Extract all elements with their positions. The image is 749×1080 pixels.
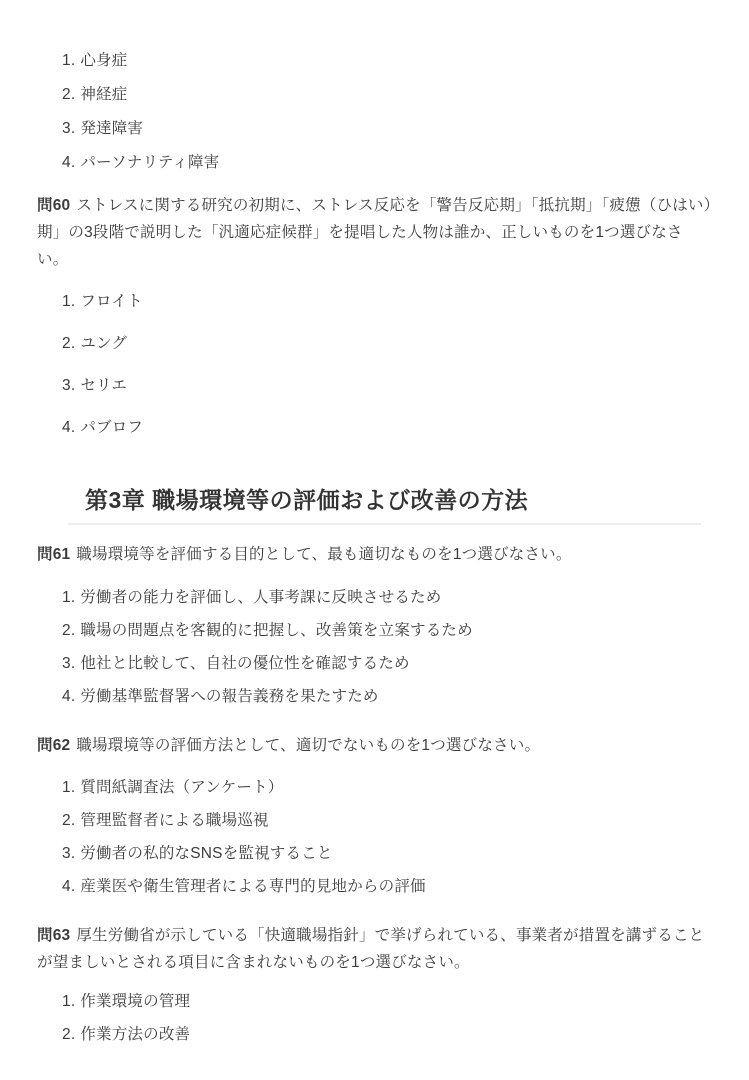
option-number: 4. <box>62 878 75 895</box>
chapter-heading: 第3章 職場環境等の評価および改善の方法 <box>68 485 701 525</box>
option-item: 2.職場の問題点を客観的に把握し、改善策を立案するため <box>62 620 712 642</box>
option-text: フロイト <box>80 293 142 310</box>
option-number: 3. <box>62 845 75 862</box>
option-item: 1.心身症 <box>62 50 712 72</box>
question-63-text: 問63厚生労働省が示している「快適職場指針」で挙げられている、事業者が措置を講ず… <box>37 922 712 976</box>
option-number: 3. <box>62 377 75 394</box>
option-text: 作業方法の改善 <box>80 1026 190 1043</box>
question-60-label: 問60 <box>37 197 70 214</box>
question-62-label: 問62 <box>37 737 70 754</box>
option-item: 1.労働者の能力を評価し、人事考課に反映させるため <box>62 587 712 609</box>
option-text: 労働基準監督署への報告義務を果たすため <box>80 688 378 705</box>
question-61-text: 問61職場環境等を評価する目的として、最も適切なものを1つ選びなさい。 <box>37 541 712 568</box>
question-62-options-list: 1.質問紙調査法（アンケート） 2.管理監督者による職場巡視 3.労働者の私的な… <box>37 777 712 898</box>
option-text: 他社と比較して、自社の優位性を確認するため <box>80 655 409 672</box>
option-text: 労働者の私的なSNSを監視すること <box>80 845 332 862</box>
option-item: 3.発達障害 <box>62 118 712 140</box>
option-number: 2. <box>62 86 75 103</box>
option-text: 産業医や衛生管理者による専門的見地からの評価 <box>80 878 425 895</box>
option-number: 4. <box>62 419 75 436</box>
option-number: 1. <box>62 779 75 796</box>
option-text: 労働者の能力を評価し、人事考課に反映させるため <box>80 589 441 606</box>
option-item: 4.産業医や衛生管理者による専門的見地からの評価 <box>62 876 712 898</box>
option-number: 2. <box>62 335 75 352</box>
option-number: 1. <box>62 993 75 1010</box>
option-text: 質問紙調査法（アンケート） <box>80 779 283 796</box>
option-text: パブロフ <box>80 419 143 436</box>
option-item: 2.ユング <box>62 333 712 355</box>
option-number: 2. <box>62 812 75 829</box>
option-item: 4.パーソナリティ障害 <box>62 152 712 174</box>
option-item: 2.神経症 <box>62 84 712 106</box>
question-61-body: 職場環境等を評価する目的として、最も適切なものを1つ選びなさい。 <box>76 546 571 563</box>
option-text: ユング <box>80 335 127 352</box>
option-number: 2. <box>62 622 75 639</box>
option-text: 心身症 <box>80 52 127 69</box>
option-text: セリエ <box>80 377 127 394</box>
option-item: 3.他社と比較して、自社の優位性を確認するため <box>62 653 712 675</box>
option-number: 4. <box>62 688 75 705</box>
option-item: 3.労働者の私的なSNSを監視すること <box>62 843 712 865</box>
question-62-text: 問62職場環境等の評価方法として、適切でないものを1つ選びなさい。 <box>37 732 712 759</box>
question-60-options-list: 1.フロイト 2.ユング 3.セリエ 4.パブロフ <box>37 291 712 439</box>
option-number: 1. <box>62 293 75 310</box>
question-63-label: 問63 <box>37 927 70 944</box>
option-text: パーソナリティ障害 <box>80 154 219 171</box>
option-number: 1. <box>62 589 75 606</box>
option-number: 2. <box>62 1026 75 1043</box>
question-63-body: 厚生労働省が示している「快適職場指針」で挙げられている、事業者が措置を講ずること… <box>37 927 704 971</box>
option-number: 3. <box>62 120 75 137</box>
option-item: 1.フロイト <box>62 291 712 313</box>
option-item: 2.作業方法の改善 <box>62 1024 712 1046</box>
question-60-body: ストレスに関する研究の初期に、ストレス反応を「警告反応期」「抵抗期」「疲憊（ひは… <box>37 197 712 268</box>
option-text: 発達障害 <box>80 120 143 137</box>
exam-article-page: 1.心身症 2.神経症 3.発達障害 4.パーソナリティ障害 問60ストレスに関… <box>0 0 749 1046</box>
option-item: 3.セリエ <box>62 375 712 397</box>
option-item: 1.質問紙調査法（アンケート） <box>62 777 712 799</box>
question-59-options-list: 1.心身症 2.神経症 3.発達障害 4.パーソナリティ障害 <box>37 50 712 174</box>
option-text: 神経症 <box>80 86 127 103</box>
option-number: 1. <box>62 52 75 69</box>
option-item: 1.作業環境の管理 <box>62 991 712 1013</box>
option-item: 4.パブロフ <box>62 417 712 439</box>
question-61-label: 問61 <box>37 546 70 563</box>
question-63-options-list: 1.作業環境の管理 2.作業方法の改善 <box>37 991 712 1046</box>
option-number: 4. <box>62 154 75 171</box>
question-62-body: 職場環境等の評価方法として、適切でないものを1つ選びなさい。 <box>76 737 540 754</box>
option-text: 職場の問題点を客観的に把握し、改善策を立案するため <box>80 622 473 639</box>
option-text: 作業環境の管理 <box>80 993 190 1010</box>
question-61-options-list: 1.労働者の能力を評価し、人事考課に反映させるため 2.職場の問題点を客観的に把… <box>37 587 712 708</box>
option-item: 2.管理監督者による職場巡視 <box>62 810 712 832</box>
question-60-text: 問60ストレスに関する研究の初期に、ストレス反応を「警告反応期」「抵抗期」「疲憊… <box>37 192 712 273</box>
option-item: 4.労働基準監督署への報告義務を果たすため <box>62 686 712 708</box>
option-text: 管理監督者による職場巡視 <box>80 812 268 829</box>
option-number: 3. <box>62 655 75 672</box>
